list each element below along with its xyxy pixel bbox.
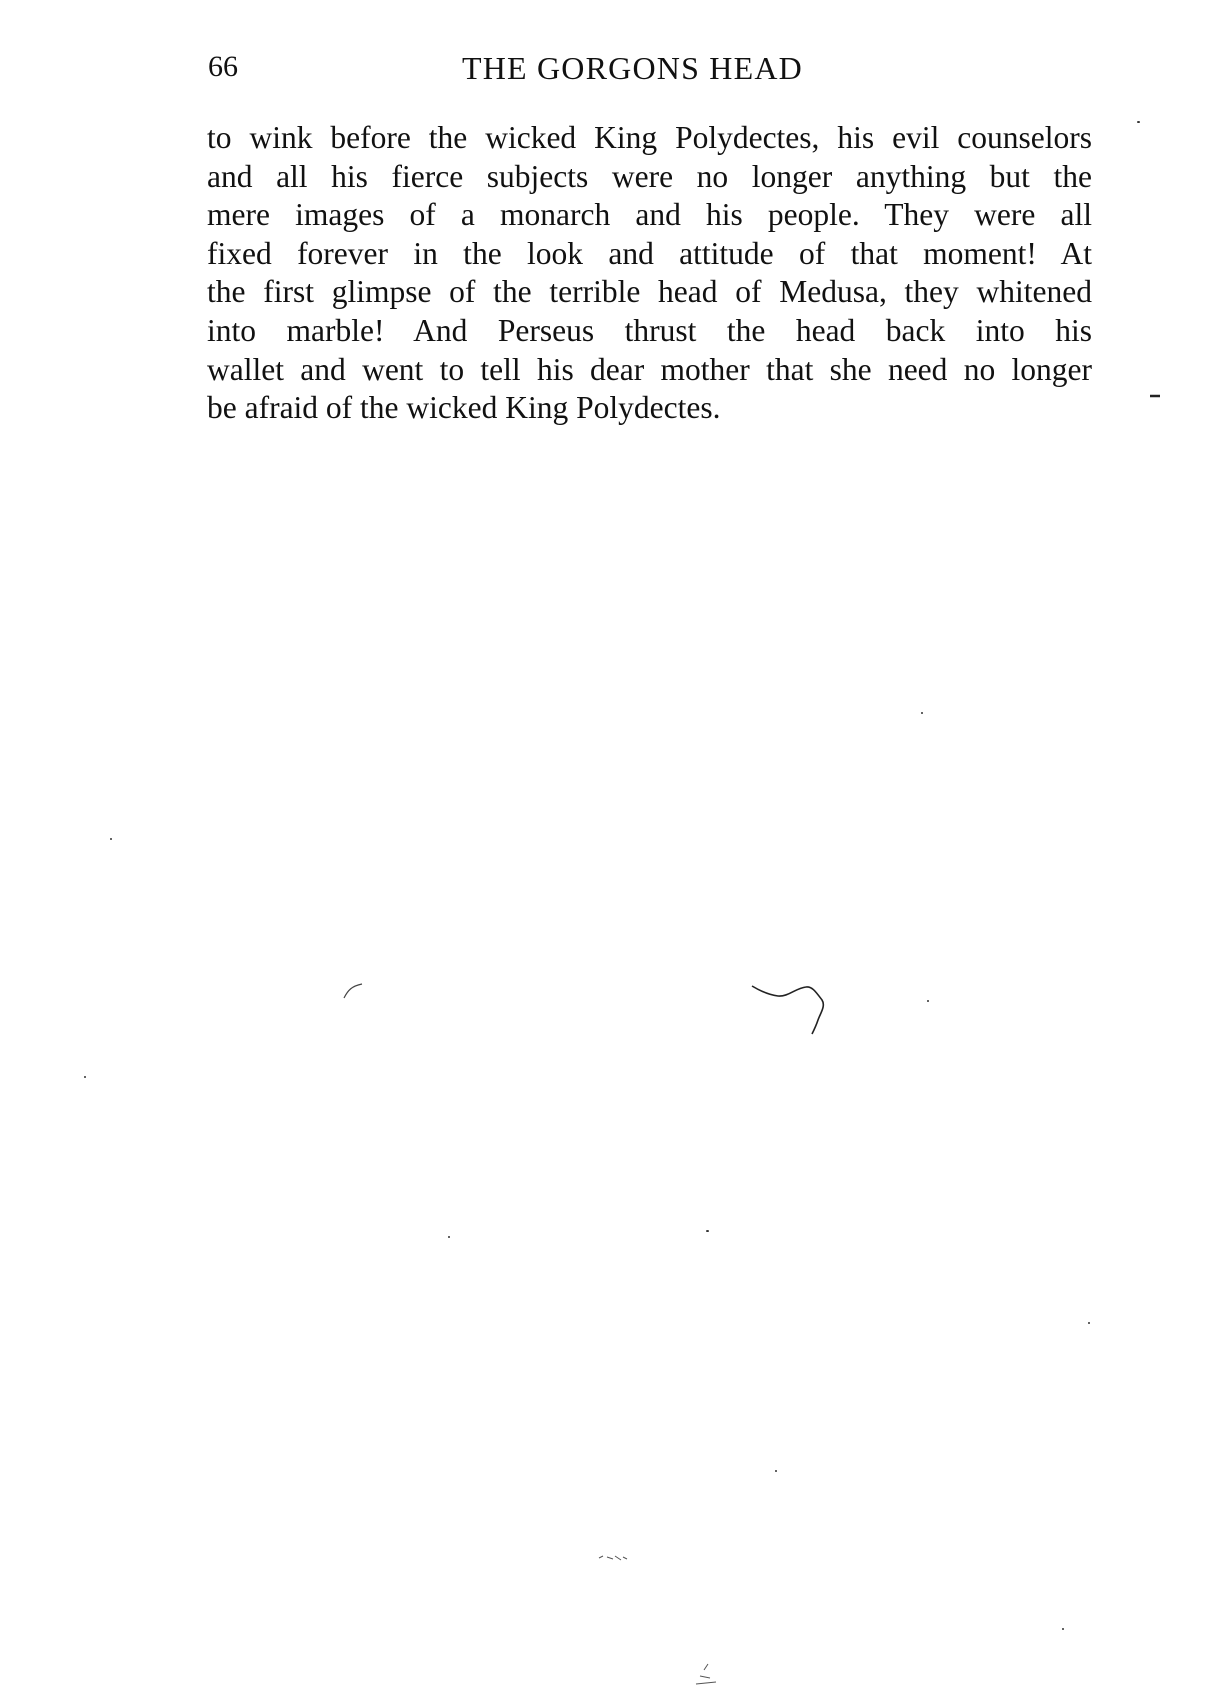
scan-speck — [927, 1000, 929, 1002]
scan-mark — [595, 1548, 645, 1568]
scan-speck — [84, 1076, 86, 1078]
text-line: the first glimpse of the terrible head o… — [207, 273, 1092, 312]
scan-speck — [1137, 121, 1140, 123]
scan-mark — [1148, 392, 1164, 400]
book-page: 66 THE GORGONS HEAD to wink before the w… — [0, 0, 1219, 1701]
text-line: into marble! And Perseus thrust the head… — [207, 312, 1092, 351]
scan-speck — [1088, 1322, 1090, 1324]
text-line: mere images of a monarch and his people.… — [207, 196, 1092, 235]
text-line: fixed forever in the look and attitude o… — [207, 235, 1092, 274]
scan-speck — [921, 712, 923, 714]
page-number: 66 — [208, 50, 238, 84]
text-line: and all his fierce subjects were no long… — [207, 158, 1092, 197]
body-paragraph: to wink before the wicked King Polydecte… — [207, 119, 1092, 428]
scan-speck — [706, 1230, 709, 1232]
scan-speck — [1062, 1628, 1064, 1630]
scan-speck — [448, 1236, 450, 1238]
scan-mark — [690, 1660, 730, 1690]
scan-mark — [740, 970, 830, 1050]
scan-speck — [110, 838, 112, 840]
text-line: to wink before the wicked King Polydecte… — [207, 119, 1092, 158]
running-title: THE GORGONS HEAD — [462, 50, 803, 87]
scan-speck — [775, 1470, 777, 1472]
text-line: wallet and went to tell his dear mother … — [207, 351, 1092, 390]
running-head: 66 THE GORGONS HEAD — [0, 50, 1219, 90]
scan-mark — [340, 978, 370, 1008]
text-line: be afraid of the wicked King Polydectes. — [207, 389, 1092, 428]
